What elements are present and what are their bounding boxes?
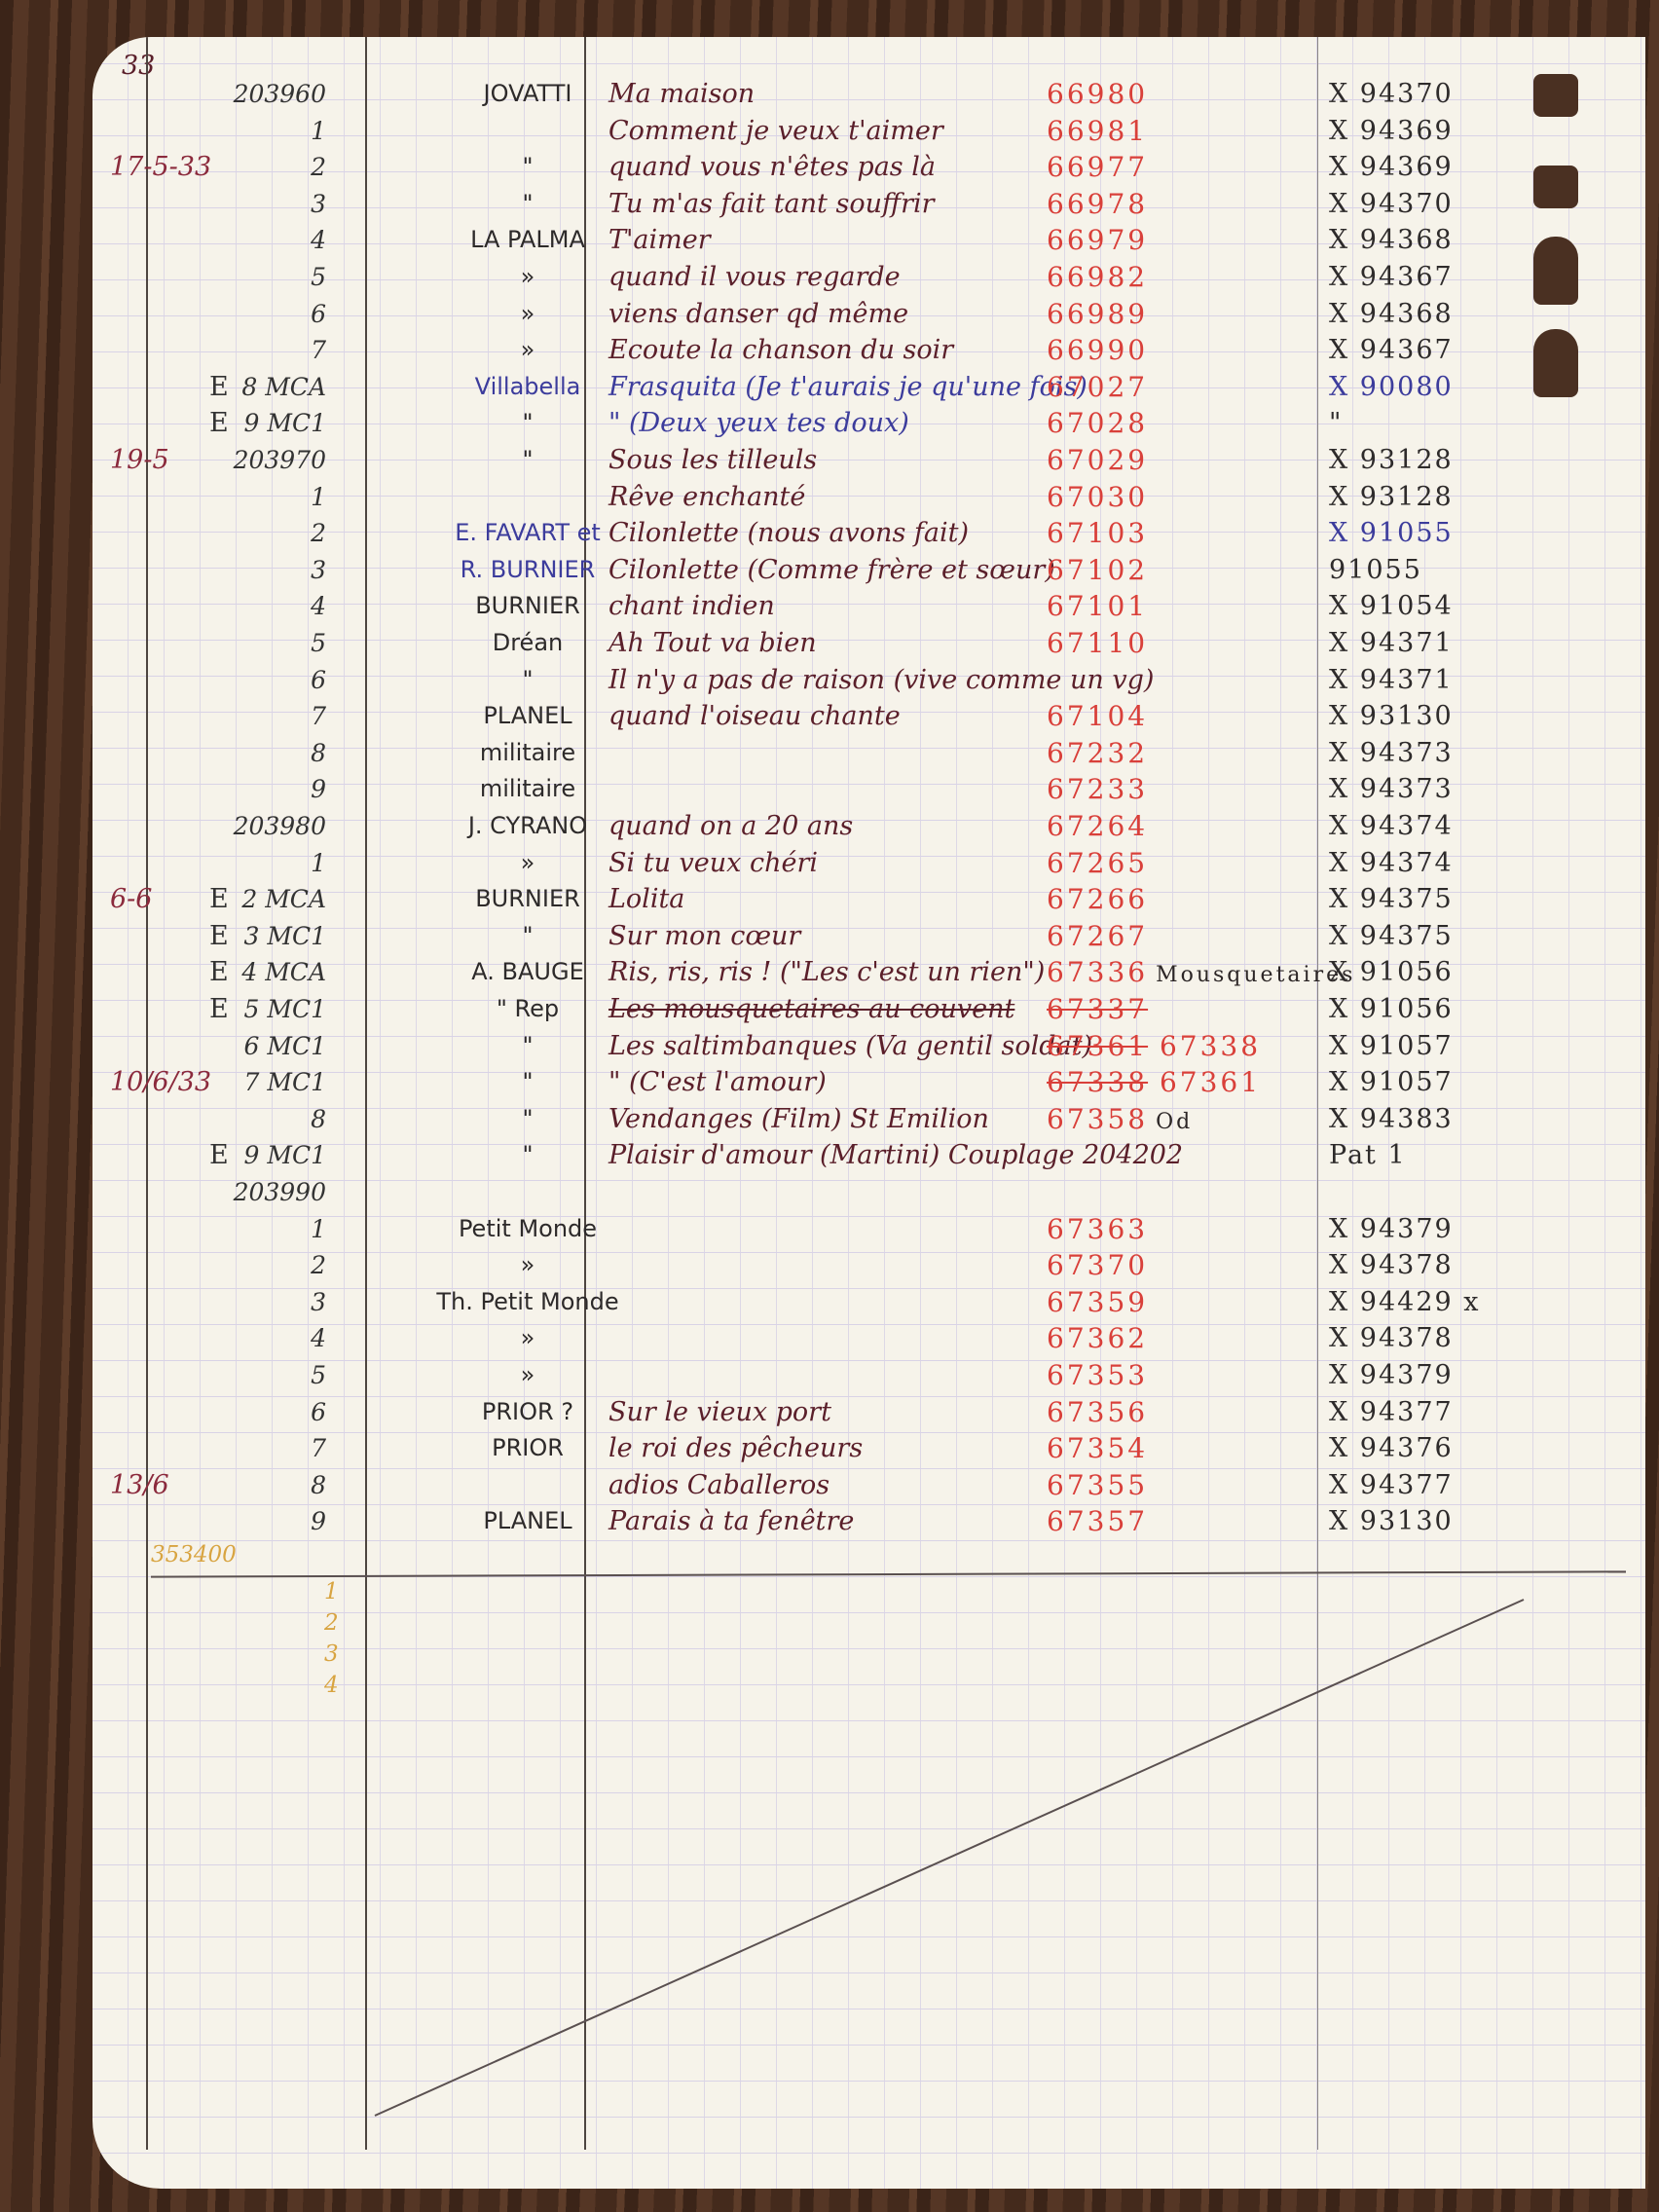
- cancel-diagonal-line: [92, 37, 1645, 2189]
- ledger-page: 33 203960JOVATTIMa maison66980X 943701Co…: [92, 37, 1645, 2189]
